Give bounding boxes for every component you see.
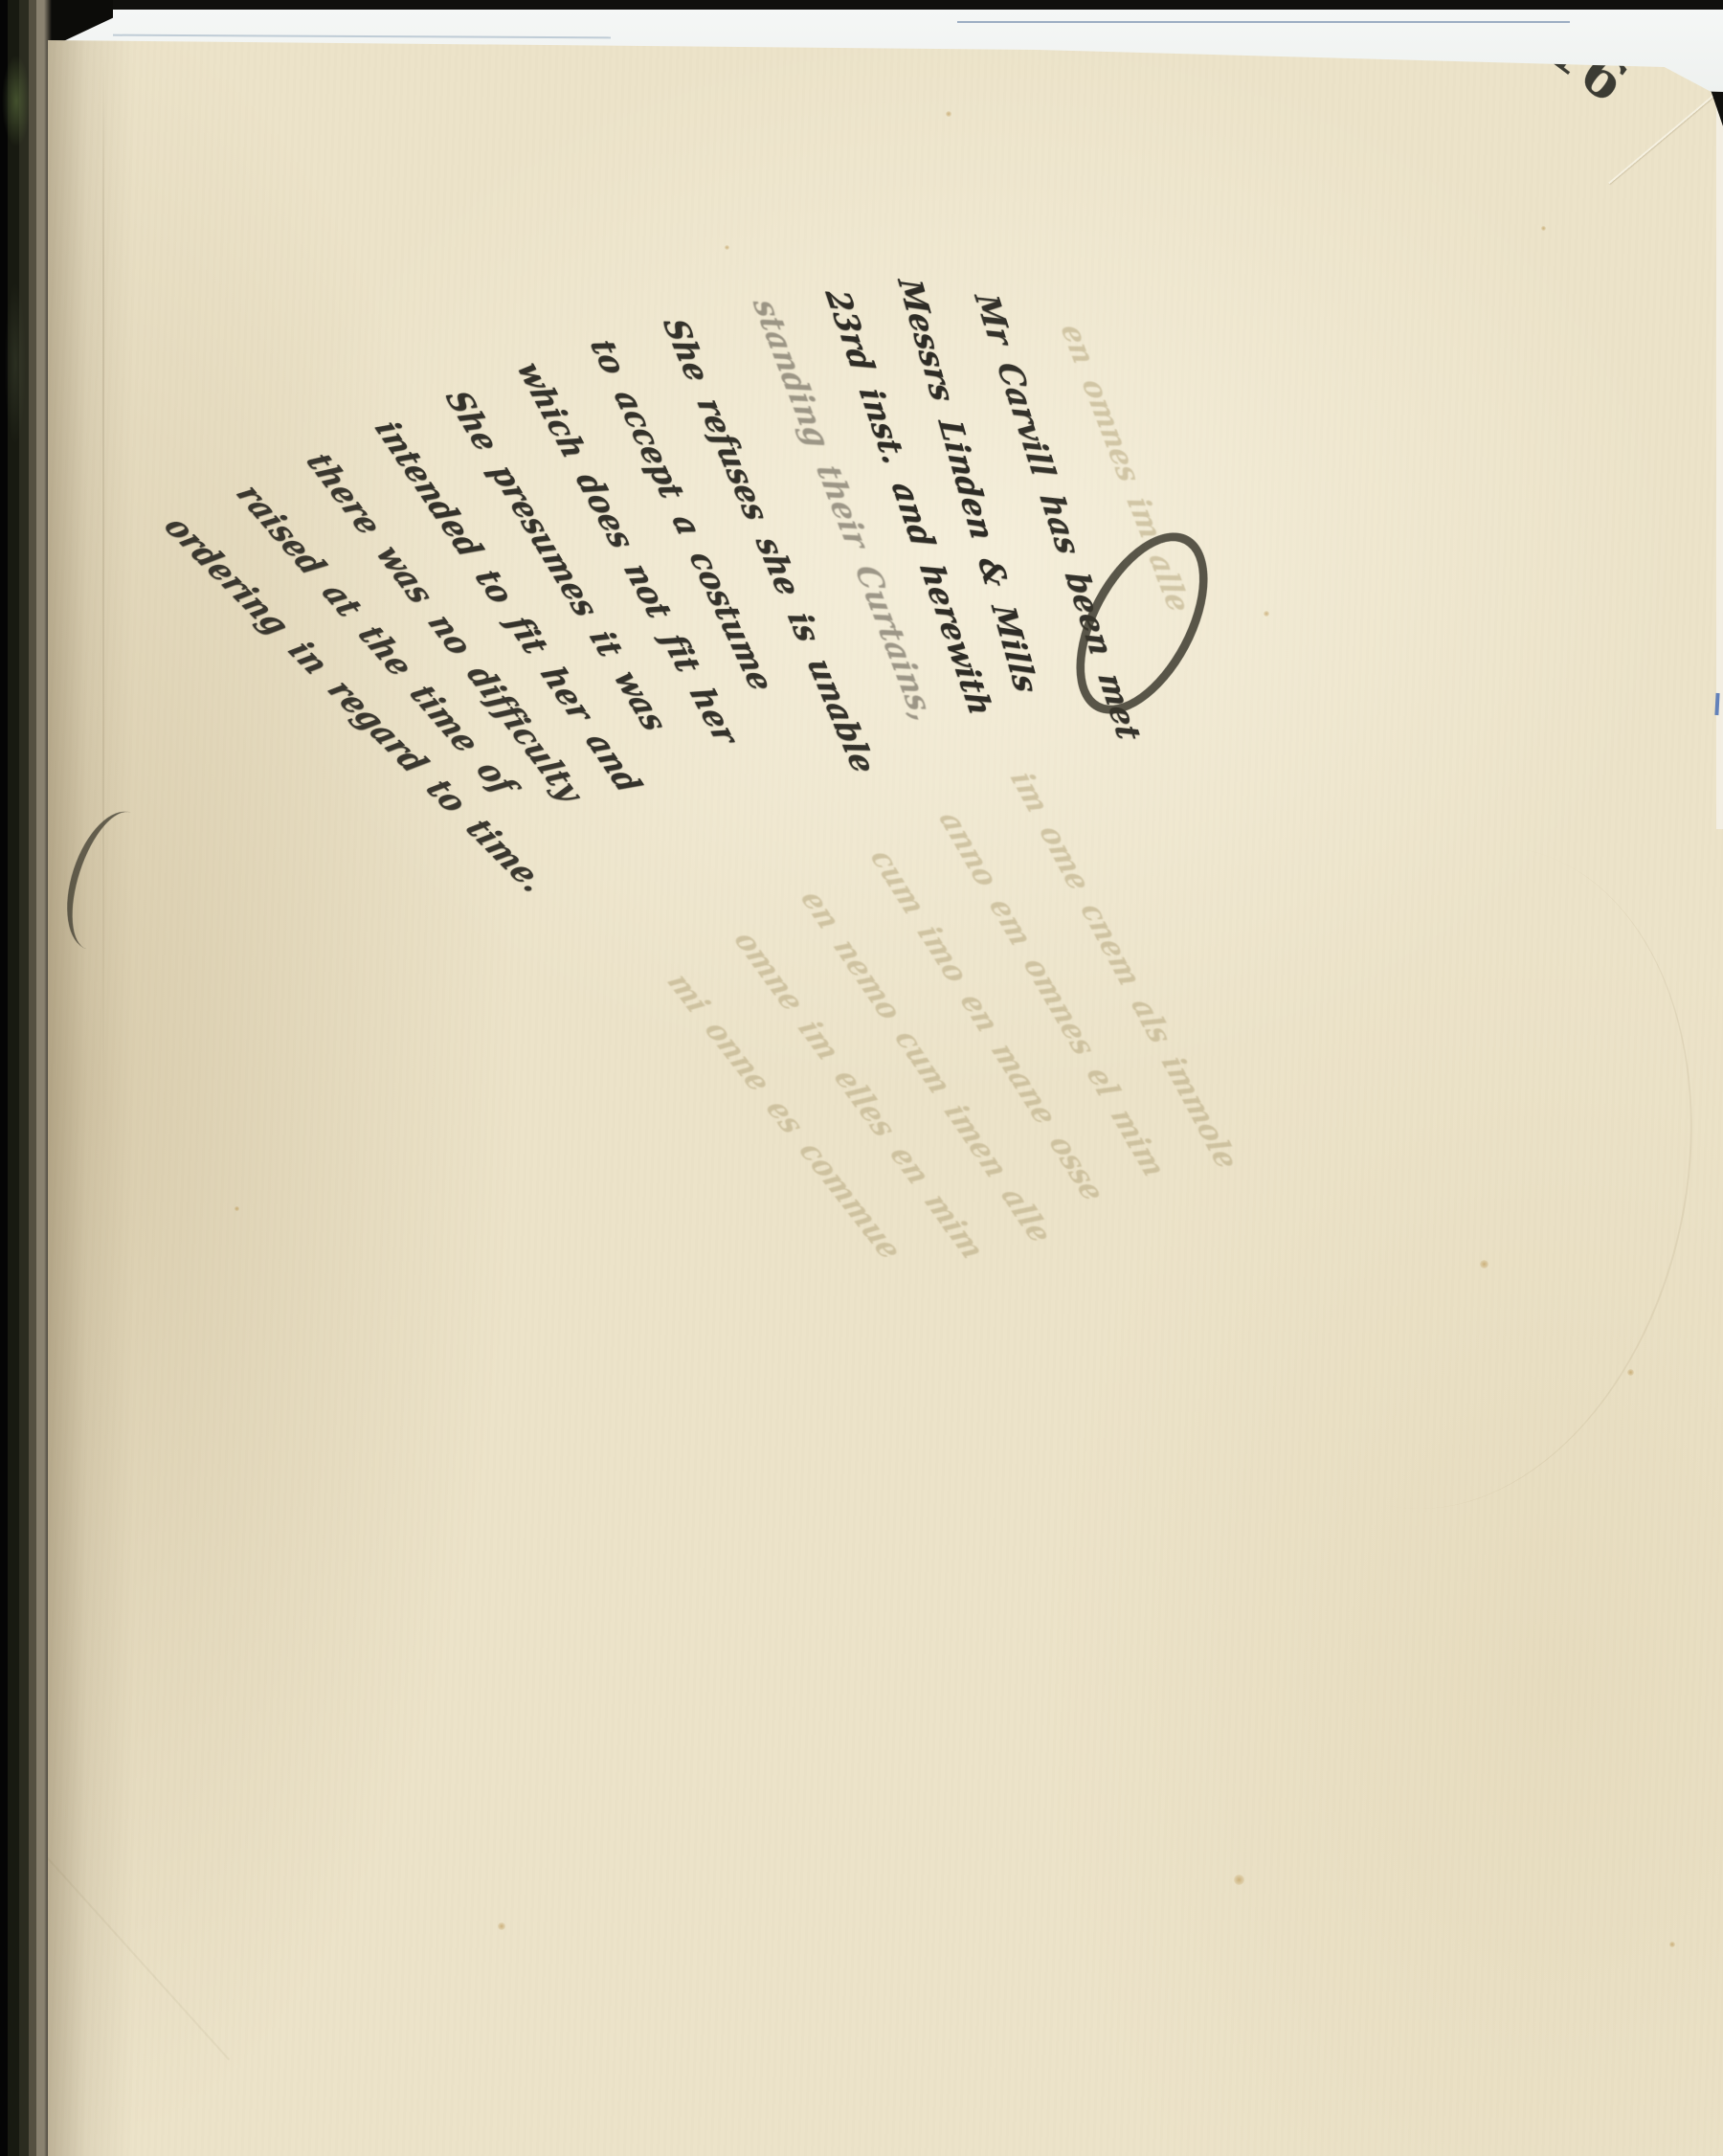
letterbook-page: 16 Mr Carvill has been met Messrs Linden… [48, 0, 1723, 2156]
page-right-edge [1716, 92, 1723, 829]
foxing-spot [1627, 1369, 1634, 1376]
paper-crease [1608, 81, 1723, 185]
foxing-spot [1480, 1260, 1488, 1269]
book-cover-edge [0, 0, 52, 2156]
foxing-spot [725, 245, 729, 250]
binding-fiber [2, 56, 31, 146]
foxing-spot [498, 1922, 505, 1930]
scanned-letterbook-screenshot: { "page": { "number": "16" }, "letter": … [0, 0, 1723, 2156]
foxing-spot [1669, 1942, 1675, 1947]
page-edge-blue-line [957, 21, 1570, 23]
foxing-spot [946, 111, 951, 117]
gutter-shadow [48, 0, 134, 2156]
paper-wrinkle [1160, 802, 1723, 1554]
foxing-spot [1234, 1875, 1244, 1885]
foxing-spot [235, 1206, 239, 1211]
foxing-spot [1264, 611, 1269, 617]
binding-fiber [5, 282, 26, 445]
paper-crease [102, 53, 104, 1125]
foxing-spot [1541, 226, 1546, 231]
